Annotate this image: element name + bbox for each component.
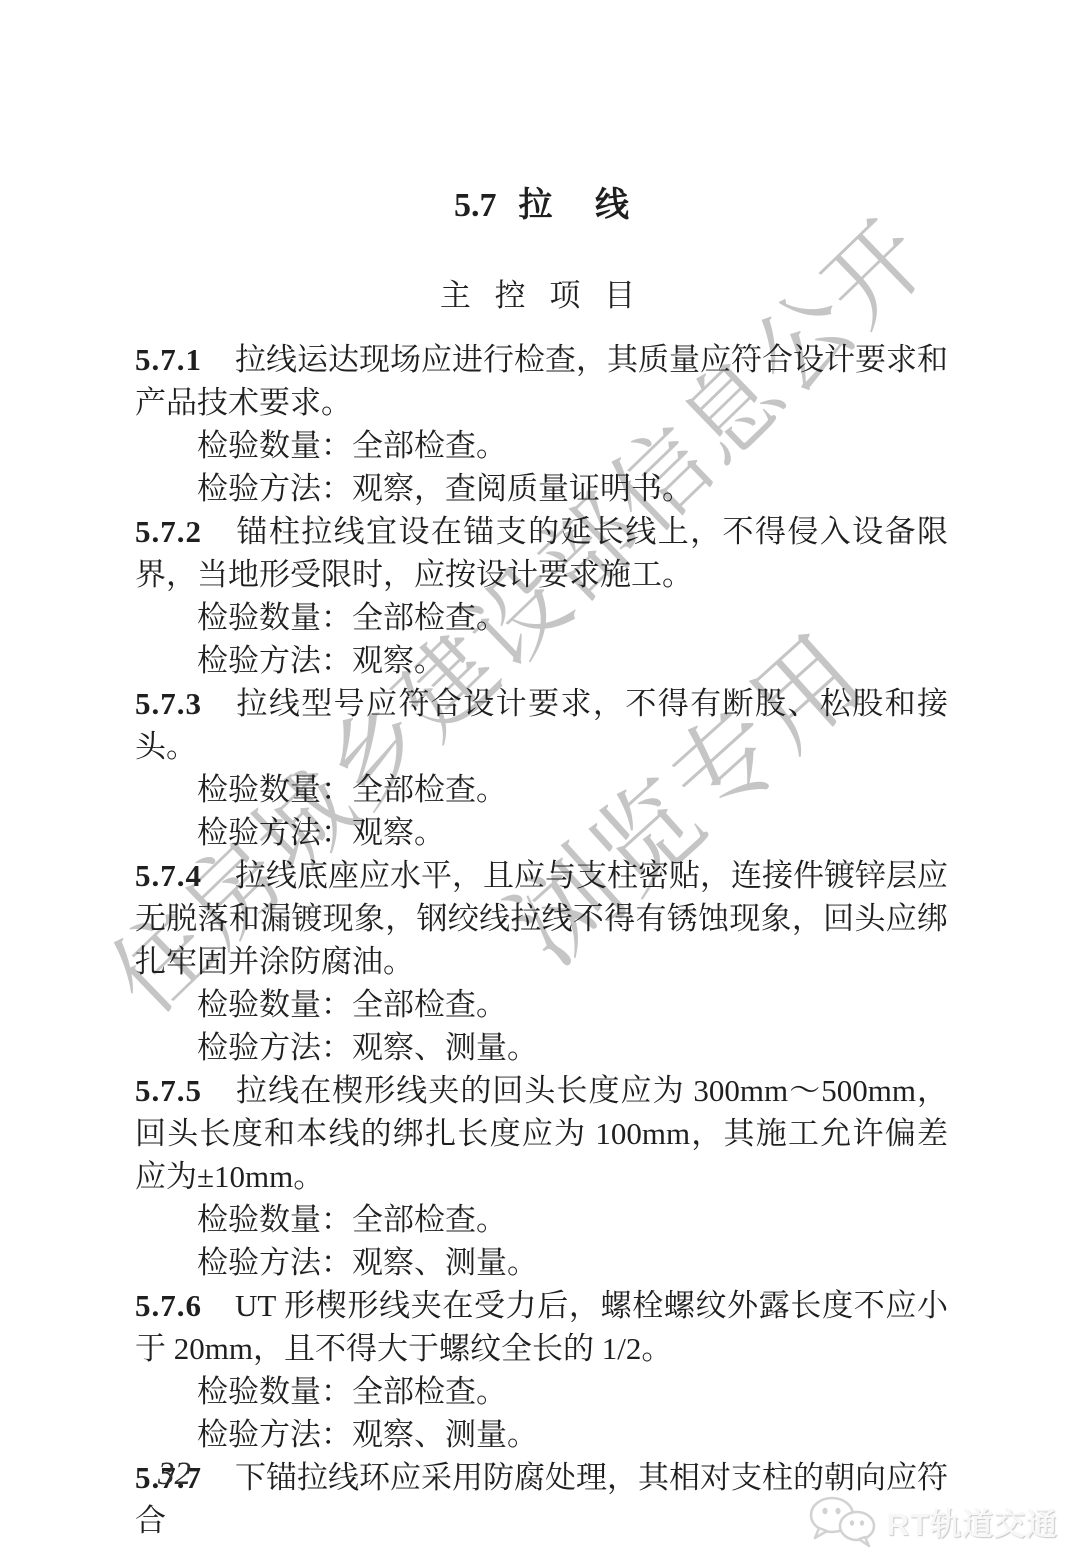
section-title: 5.7拉 线	[135, 186, 948, 226]
footer-brand: RT轨道交通	[807, 1493, 1058, 1549]
check-quantity: 检验数量：全部检查。	[135, 983, 948, 1026]
page-number: 32	[158, 1456, 191, 1493]
document-page: 住房城乡建设部信息公开 浏览专用 5.7拉 线 主 控 项 目 5.7.1拉线运…	[0, 0, 1080, 1563]
clause-text: UT 形楔形线夹在受力后，螺栓螺纹外露长度不应小于 20mm，且不得大于螺纹全长…	[135, 1288, 948, 1366]
check-method: 检验方法：观察、测量。	[135, 1413, 948, 1456]
clause-number: 5.7.5	[135, 1073, 202, 1108]
footer-brand-label: RT轨道交通	[887, 1499, 1058, 1544]
clause-5-7-5: 5.7.5拉线在楔形线夹的回头长度应为 300mm～500mm，回头长度和本线的…	[135, 1069, 948, 1198]
clause-5-7-4: 5.7.4拉线底座应水平，且应与支柱密贴，连接件镀锌层应无脱落和漏镀现象，钢绞线…	[135, 854, 948, 983]
clause-number: 5.7.1	[135, 342, 202, 377]
clause-5-7-2: 5.7.2锚柱拉线宜设在锚支的延长线上，不得侵入设备限界，当地形受限时，应按设计…	[135, 510, 948, 596]
check-method: 检验方法：观察、测量。	[135, 1026, 948, 1069]
check-quantity: 检验数量：全部检查。	[135, 596, 948, 639]
clause-number: 5.7.6	[135, 1288, 202, 1323]
clause-text: 拉线在楔形线夹的回头长度应为 300mm～500mm，回头长度和本线的绑扎长度应…	[135, 1073, 948, 1194]
section-name: 拉 线	[519, 187, 630, 224]
clause-number: 5.7.4	[135, 858, 202, 893]
wechat-icon	[807, 1493, 879, 1549]
check-method: 检验方法：观察、测量。	[135, 1241, 948, 1284]
clause-5-7-1: 5.7.1拉线运达现场应进行检查，其质量应符合设计要求和产品技术要求。	[135, 338, 948, 424]
check-quantity: 检验数量：全部检查。	[135, 1370, 948, 1413]
clause-5-7-6: 5.7.6UT 形楔形线夹在受力后，螺栓螺纹外露长度不应小于 20mm，且不得大…	[135, 1284, 948, 1370]
check-quantity: 检验数量：全部检查。	[135, 1198, 948, 1241]
clause-5-7-3: 5.7.3拉线型号应符合设计要求，不得有断股、松股和接头。	[135, 682, 948, 768]
check-method: 检验方法：观察。	[135, 639, 948, 682]
clauses: 5.7.1拉线运达现场应进行检查，其质量应符合设计要求和产品技术要求。 检验数量…	[135, 338, 948, 1542]
clause-text: 锚柱拉线宜设在锚支的延长线上，不得侵入设备限界，当地形受限时，应按设计要求施工。	[135, 514, 948, 592]
check-quantity: 检验数量：全部检查。	[135, 768, 948, 811]
section-number: 5.7	[454, 187, 497, 224]
page-content: 5.7拉 线 主 控 项 目 5.7.1拉线运达现场应进行检查，其质量应符合设计…	[0, 186, 1080, 1542]
check-method: 检验方法：观察，查阅质量证明书。	[135, 467, 948, 510]
clause-number: 5.7.2	[135, 514, 202, 549]
clause-text: 拉线底座应水平，且应与支柱密贴，连接件镀锌层应无脱落和漏镀现象，钢绞线拉线不得有…	[135, 858, 948, 979]
check-quantity: 检验数量：全部检查。	[135, 424, 948, 467]
subsection-heading: 主 控 项 目	[135, 276, 948, 316]
clause-number: 5.7.3	[135, 686, 202, 721]
check-method: 检验方法：观察。	[135, 811, 948, 854]
clause-text: 拉线运达现场应进行检查，其质量应符合设计要求和产品技术要求。	[135, 342, 948, 420]
clause-text: 拉线型号应符合设计要求，不得有断股、松股和接头。	[135, 686, 948, 764]
